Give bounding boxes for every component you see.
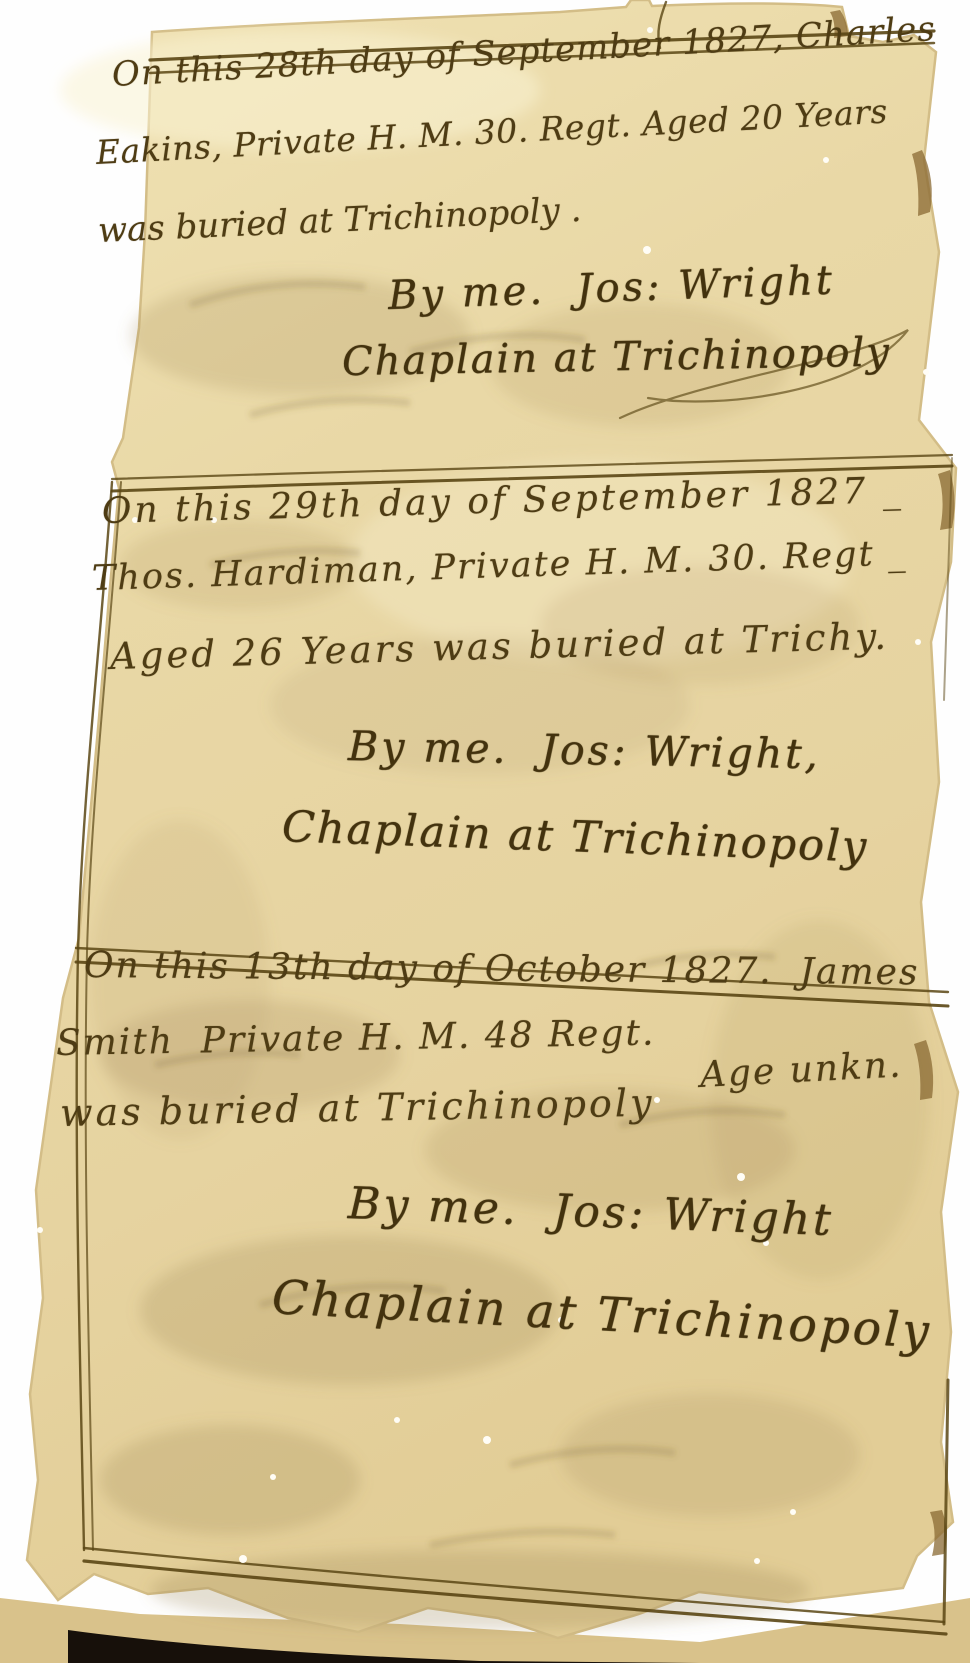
paper-sheet <box>27 0 958 1638</box>
paper-graphic <box>0 0 970 1663</box>
right-margin-rule-bottom <box>944 1380 948 1624</box>
scanned-register-page: On this 28th day of September 1827, Char… <box>0 0 970 1663</box>
